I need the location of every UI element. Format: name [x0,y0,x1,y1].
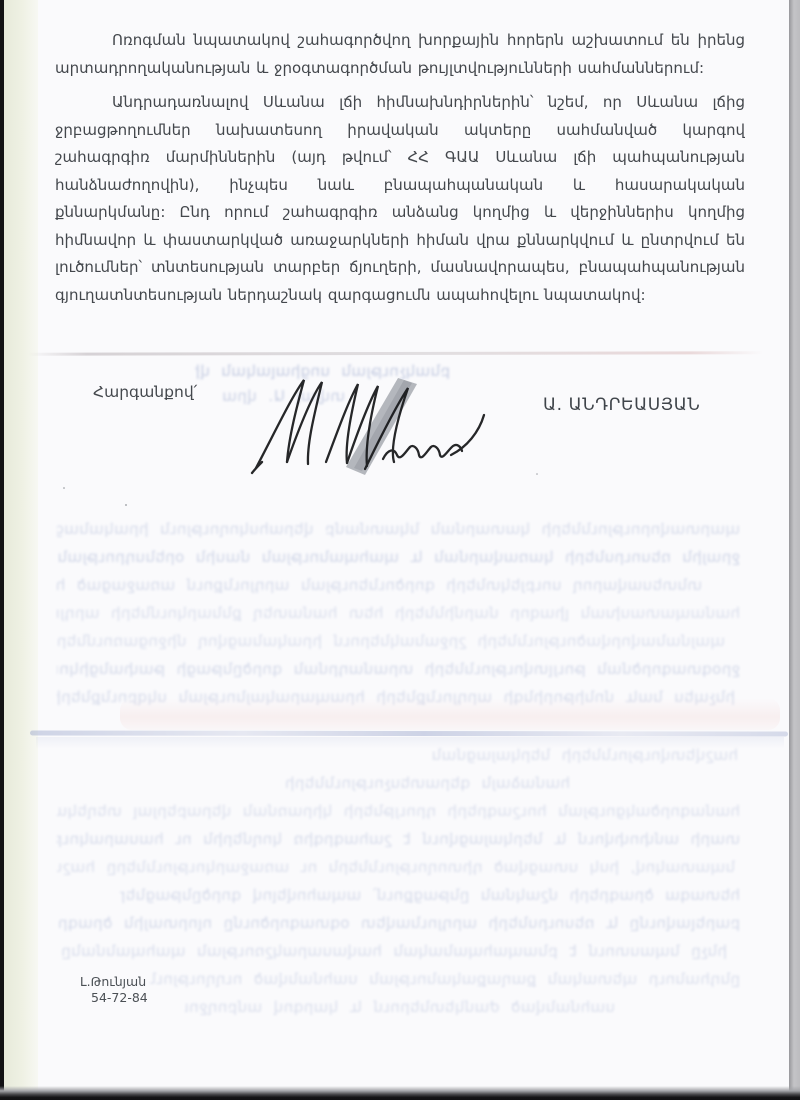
bleedthrough-line: համապատասխան լիազոր մարմինների հետ համատ… [57,603,740,623]
scanned-letter-page: բնակչության սոցիալական վիճակի վերաբերյալ… [0,0,800,1100]
text-line: շահագրգիռ մարմիններին (այդ թվում՝ ՀՀ ԳԱԱ… [55,144,745,172]
text-line: Ոռոգման նպատակով շահագործվող խորքային հո… [55,27,745,55]
bleedthrough-line: նպատակով, իսկ ստացված դիտողություններն ո… [57,857,735,877]
text-line: քննարկմանը: Ընդ որում շահագրգիռ անձանց կ… [55,199,745,227]
dust-speck [536,473,538,475]
fold-discoloration [120,698,780,730]
text-line: հիմնավոր և փաստարկված առաջարկների հիման … [55,227,745,255]
bleedthrough-line: համաձայն գերատեսչությունների միջև կնքված [280,773,570,793]
bleedthrough-line: հետագա ծրագրերի մշակման ընթացքում՝ ապահո… [120,885,740,905]
bleedthrough-line: բարելավումը և ռեսուրսների արդյունավետ օգ… [57,913,740,933]
scan-left-edge [0,0,4,1100]
scanner-bed-right-strip [789,0,800,1100]
bleedthrough-line: ջրային ռեսուրսների կառավարման և պահպանու… [57,547,740,567]
paragraph-lake-sevan: Անդրադառնալով Սևանա լճի հիմնախնդիրներին՝… [55,89,745,309]
handwritten-signature [246,370,490,482]
bleedthrough-line: ընդհանուր պետական քաղաքականության սահման… [150,969,740,989]
text-line: հանձնաժողովին), ինչպես նաև բնապահպանական… [55,172,745,200]
footer-reference-name: Լ.Թունյան [80,974,146,989]
bleedthrough-line: պարտավորությունների կատարման նկատմամբ վե… [57,519,740,539]
fold-crease-lower-shadow [36,737,784,749]
bleedthrough-line: համագործակցության հուշագրերի դրույթների … [57,801,740,821]
bleedthrough-line: տնտեսավարող սուբյեկտների գործունեության … [57,575,702,595]
bleedthrough-line: պայմանավորվածությունների շրջանակներում ի… [57,631,725,651]
letter-body: Ոռոգման նպատակով շահագործվող խորքային հո… [55,27,745,309]
footer-phone-number: 54-72-84 [91,990,148,1005]
bleedthrough-line: տարի ամփոփվում և ներկայացվում է շահագրգի… [57,829,740,849]
text-line: ջրբացթողումներ նախատեսող իրավական ակտերը… [55,117,745,145]
dust-speck [63,487,65,489]
closing-salutation: Հարգանքով՛ [93,383,197,401]
scan-bottom-edge [0,1086,800,1100]
bleedthrough-line: սահմանված ժամկետներում և կարգով ամբողջու… [185,997,615,1017]
text-line: արտադրողականության և ջրօգտագործման թույլ… [55,55,745,83]
text-line: Անդրադառնալով Սևանա լճի հիմնախնդիրներին՝… [55,89,745,117]
scanner-bed-left-strip [4,0,38,1100]
text-line: գյուղատնտեսության ներդաշնակ զարգացումն ա… [55,282,745,310]
bleedthrough-line: ջրօգտագործման թույլտվությունների տրամադր… [57,659,740,679]
text-line: լուծումներ՝ տնտեսության տարբեր ճյուղերի,… [55,254,745,282]
signer-name: Ա. ԱՆԴՐԵԱՍՅԱՆ [543,395,700,415]
dust-speck [125,504,127,506]
fold-crease-lower [30,730,788,736]
paragraph-irrigation-wells: Ոռոգման նպատակով շահագործվող խորքային հո… [55,27,745,82]
bleedthrough-line: ինչը նպաստում է բնապահպանական հավասարակշ… [57,941,727,961]
